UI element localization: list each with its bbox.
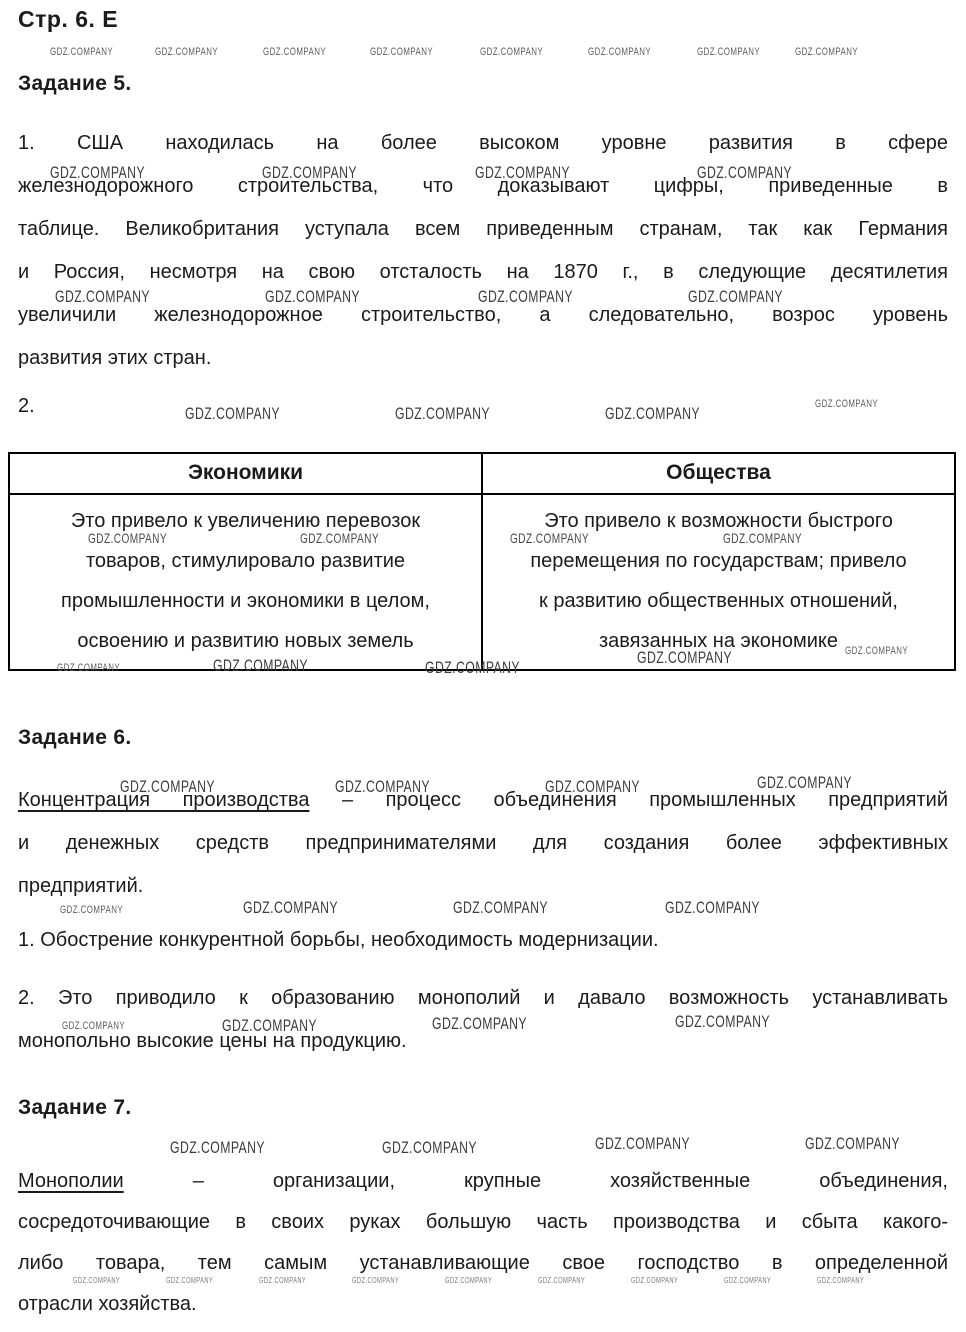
- answer-line: 1. США находилась на более высоком уровн…: [18, 122, 948, 165]
- term-underlined: Концентрация производства: [18, 789, 309, 811]
- table-line: к развитию общественных отношений,: [491, 581, 946, 621]
- table-body-row: Это привело к увеличению перевозок товар…: [10, 493, 954, 669]
- task7-heading: Задание 7.: [18, 1096, 131, 1120]
- table-line: перемещения по государствам; привело: [491, 541, 946, 581]
- page-title: Стр. 6. Е: [18, 6, 118, 33]
- watermark: GDZ.COMPANY: [588, 46, 651, 58]
- task6-point1: 1. Обострение конкурентной борьбы, необх…: [18, 919, 948, 962]
- definition-line: Монополии – организации, крупные хозяйст…: [18, 1161, 948, 1202]
- definition-text: – организации, крупные хозяйственные объ…: [124, 1170, 948, 1192]
- task5-heading: Задание 5.: [18, 72, 131, 96]
- comparison-table: Экономики Общества Это привело к увеличе…: [8, 452, 956, 671]
- table-cell-society: Это привело к возможности быстрого перем…: [481, 493, 954, 669]
- watermark: GDZ.COMPANY: [370, 46, 433, 58]
- table-cell-economy: Это привело к увеличению перевозок товар…: [10, 493, 481, 669]
- task6-definition: Концентрация производства – процесс объе…: [18, 779, 948, 908]
- watermark: GDZ.COMPANY: [805, 1134, 900, 1154]
- answer-line: развития этих стран.: [18, 337, 948, 380]
- term-underlined: Монополии: [18, 1170, 124, 1192]
- task6-heading: Задание 6.: [18, 726, 131, 750]
- watermark: GDZ.COMPANY: [595, 1134, 690, 1154]
- definition-line: и денежных средств предпринимателями для…: [18, 822, 948, 865]
- watermark: GDZ.COMPANY: [263, 46, 326, 58]
- table-line: освоению и развитию новых земель: [18, 621, 473, 661]
- answer-line: железнодорожного строительства, что дока…: [18, 165, 948, 208]
- task5-answer2-label: 2.: [18, 385, 948, 428]
- definition-line: предприятий.: [18, 865, 948, 908]
- definition-line: либо товара, тем самым устанавливающие с…: [18, 1243, 948, 1284]
- table-header-society: Общества: [481, 454, 954, 493]
- table-line: Это привело к возможности быстрого: [491, 501, 946, 541]
- watermark: GDZ.COMPANY: [697, 46, 760, 58]
- task7-definition: Монополии – организации, крупные хозяйст…: [18, 1161, 948, 1325]
- watermark: GDZ.COMPANY: [795, 46, 858, 58]
- task5-answer1: 1. США находилась на более высоком уровн…: [18, 122, 948, 380]
- watermark: GDZ.COMPANY: [170, 1138, 265, 1158]
- table-header-row: Экономики Общества: [10, 454, 954, 493]
- definition-line: сосредоточивающие в своих руках большую …: [18, 1202, 948, 1243]
- table-header-economy: Экономики: [10, 454, 481, 493]
- watermark: GDZ.COMPANY: [480, 46, 543, 58]
- table-line: товаров, стимулировало развитие: [18, 541, 473, 581]
- task6-point2: 2. Это приводило к образованию монополий…: [18, 977, 948, 1063]
- answer-line: таблице. Великобритания уступала всем пр…: [18, 208, 948, 251]
- answer-line: 2. Это приводило к образованию монополий…: [18, 977, 948, 1020]
- definition-text: – процесс объединения промышленных предп…: [309, 789, 948, 811]
- definition-line: Концентрация производства – процесс объе…: [18, 779, 948, 822]
- table-line: завязанных на экономике: [491, 621, 946, 661]
- answer-line: и Россия, несмотря на свою отсталость на…: [18, 251, 948, 294]
- table-line: промышленности и экономики в целом,: [18, 581, 473, 621]
- answer-line: увеличили железнодорожное строительство,…: [18, 294, 948, 337]
- definition-line: отрасли хозяйства.: [18, 1284, 948, 1325]
- table-line: Это привело к увеличению перевозок: [18, 501, 473, 541]
- document-page: Стр. 6. Е Задание 5. 1. США находилась н…: [0, 0, 966, 1332]
- answer-line: монопольно высокие цены на продукцию.: [18, 1020, 948, 1063]
- watermark: GDZ.COMPANY: [155, 46, 218, 58]
- watermark: GDZ.COMPANY: [50, 46, 113, 58]
- watermark: GDZ.COMPANY: [382, 1138, 477, 1158]
